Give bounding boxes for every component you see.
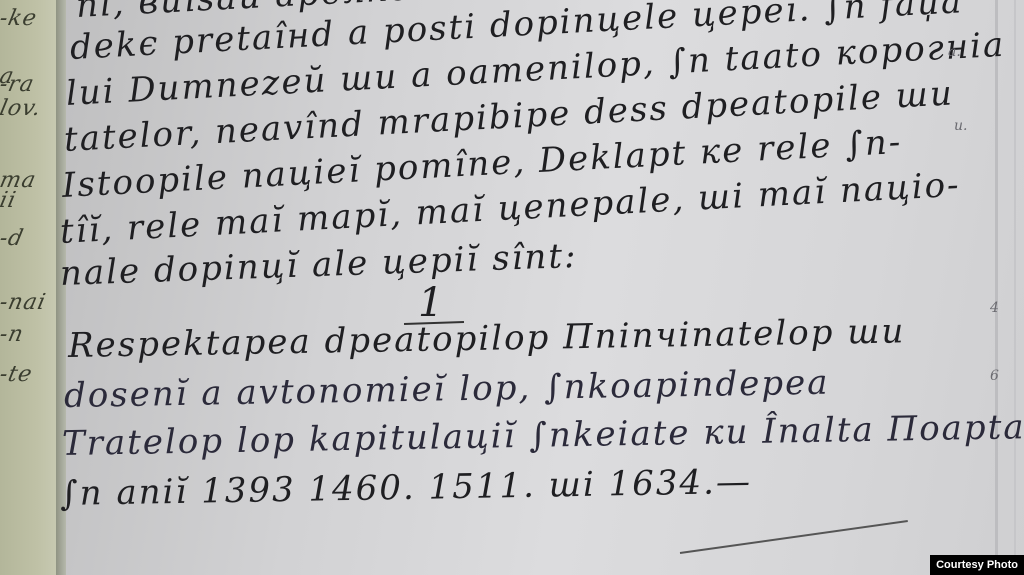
page-edge — [1014, 0, 1016, 575]
facing-page-text: -n — [0, 322, 26, 347]
section-line: dosenĭ a avtonomieĭ lop, ∫nkoapindepea — [64, 363, 830, 416]
margin-note: a. — [948, 44, 961, 60]
closing-rule — [680, 520, 908, 554]
margin-note: 4 — [990, 300, 999, 316]
facing-page: -ke a -ra lov. ma ii -d -nai -n -te — [0, 0, 62, 575]
photo-credit: Courtesy Photo — [930, 555, 1024, 575]
manuscript-page: ni, виїsaŭ apeлkєo de ксipt тпpotatol de… — [66, 0, 1024, 575]
facing-page-text: -nai — [0, 290, 48, 315]
page-edge — [995, 0, 998, 575]
margin-note: u. — [954, 118, 967, 134]
section-line: ∫n aniĭ 1393 1460. 1511. шi 1634.— — [60, 462, 753, 514]
facing-page-text: ii — [0, 188, 19, 213]
section-line: Tratelop lop kapitulaцiĭ ∫nkeiate кu Îna… — [62, 407, 1024, 464]
section-line: Respektapea dpeatopilop Ппinчiпatelop ши — [68, 311, 906, 366]
facing-page-text: lov. — [0, 96, 44, 121]
margin-note: 6 — [990, 368, 999, 384]
facing-page-text: -d — [0, 226, 26, 251]
facing-page-text: -te — [0, 362, 35, 387]
facing-page-text: -ra — [0, 72, 37, 97]
facing-page-text: -ke — [0, 6, 39, 31]
